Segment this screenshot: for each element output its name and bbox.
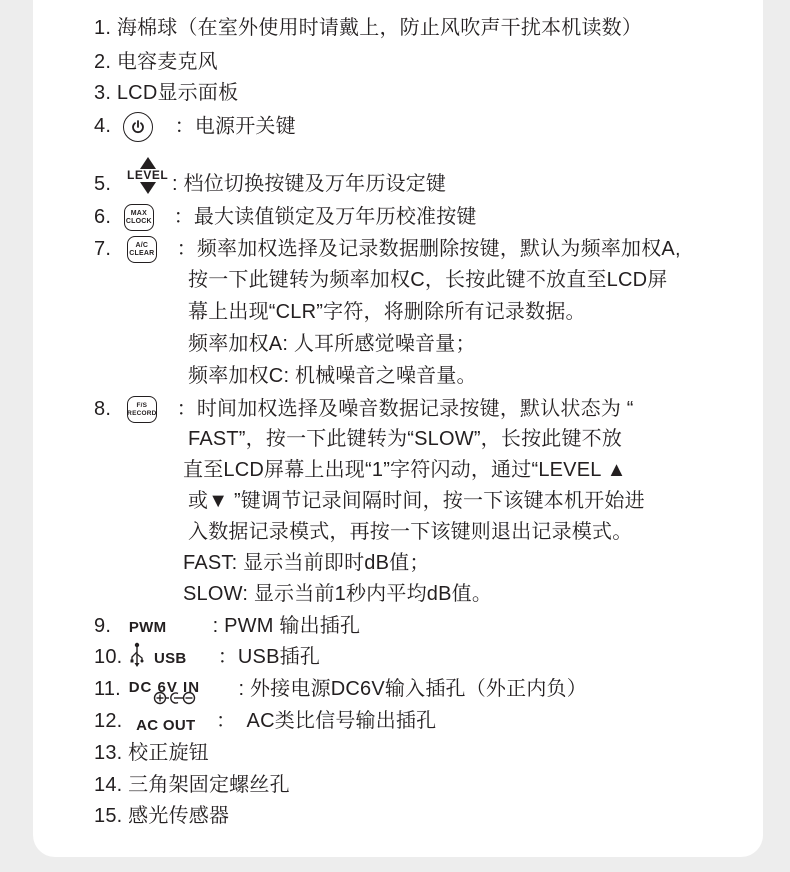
list-item-6: 6. MAX CLOCK ：最大读值锁定及万年历校准按键 (94, 204, 477, 231)
item-8-continuation: 入数据记录模式，再按一下该键则退出记录模式。 (188, 520, 632, 544)
item-text: ：USB插孔 (218, 646, 320, 668)
list-item-4: 4. ：电源开关键 (94, 112, 296, 142)
usb-icon (128, 646, 146, 670)
usb-port-label: USB (154, 647, 212, 671)
list-item-11: 11. DC 6V IN : 外接电源DC6V输入插孔（外正内负） (94, 677, 587, 702)
item-number: 5. (94, 172, 111, 196)
item-number: 9. (94, 614, 111, 638)
item-text: ：频率加权选择及记录数据删除按键，默认为频率加权A, (177, 238, 681, 260)
list-item-15: 15. 感光传感器 (94, 804, 229, 828)
item-number: 15. (94, 804, 122, 828)
item-number: 10. (94, 645, 122, 669)
max-clock-key-icon: MAX CLOCK (124, 204, 154, 231)
item-number: 14. (94, 773, 122, 797)
item-text: ：电源开关键 (175, 115, 296, 137)
item-text: 感光传感器 (128, 805, 229, 827)
item-text: : 外接电源DC6V输入插孔（外正内负） (238, 678, 586, 700)
item-number: 13. (94, 741, 122, 765)
item-text: ：时间加权选择及噪音数据记录按键，默认状态为 “ (177, 398, 634, 420)
item-8-continuation: FAST”，按一下此键转为“SLOW”，长按此键不放 (188, 427, 622, 451)
item-number: 12. (94, 709, 122, 733)
item-8-continuation: 或▼ ”键调节记录间隔时间，按一下该键本机开始进 (188, 489, 645, 513)
list-item-10: 10. USB ：USB插孔 (94, 645, 320, 671)
item-number: 7. (94, 237, 111, 261)
item-7-continuation: 频率加权C: 机械噪音之噪音量。 (188, 364, 477, 388)
item-text: LCD显示面板 (117, 82, 238, 104)
list-item-3: 3. LCD显示面板 (94, 81, 238, 105)
item-7-continuation: 按一下此键转为频率加权C，长按此键不放直至LCD屏 (188, 268, 667, 292)
item-number: 1. (94, 16, 111, 40)
item-text: : 档位切换按键及万年历设定键 (172, 172, 446, 196)
pwm-port-label: PWM (129, 616, 207, 640)
item-8-continuation: FAST: 显示当前即时dB值； (183, 551, 430, 575)
item-text: : PWM 输出插孔 (213, 615, 361, 637)
item-text: ：最大读值锁定及万年历校准按键 (174, 206, 477, 228)
item-text: 海棉球（在室外使用时请戴上，防止风吹声干扰本机读数） (117, 17, 642, 39)
item-7-continuation: 幕上出现“CLR”字符，将删除所有记录数据。 (188, 300, 586, 324)
item-8-continuation: SLOW: 显示当前1秒内平均dB值。 (183, 582, 492, 606)
list-item-7: 7. A/C CLEAR ：频率加权选择及记录数据删除按键，默认为频率加权A, (94, 236, 681, 263)
item-number: 2. (94, 50, 111, 74)
list-item-1: 1. 海棉球（在室外使用时请戴上，防止风吹声干扰本机读数） (94, 16, 642, 40)
list-item-9: 9. PWM : PWM 输出插孔 (94, 614, 360, 640)
item-text: 电容麦克风 (117, 51, 218, 73)
list-item-2: 2. 电容麦克风 (94, 50, 218, 74)
list-item-13: 13. 校正旋钮 (94, 741, 209, 765)
power-icon (123, 112, 153, 142)
fs-record-key-icon: F/S RECORD (127, 396, 157, 423)
item-7-continuation: 频率加权A: 人耳所感觉噪音量； (188, 332, 476, 356)
item-text: 校正旋钮 (128, 742, 209, 764)
list-item-8: 8. F/S RECORD ：时间加权选择及噪音数据记录按键，默认状态为 “ (94, 396, 634, 423)
item-number: 8. (94, 397, 111, 421)
list-item-14: 14. 三角架固定螺丝孔 (94, 773, 290, 797)
item-text: ： AC类比信号输出插孔 (216, 710, 436, 732)
item-number: 11. (94, 677, 121, 701)
polarity-symbol-icon (153, 691, 197, 705)
item-8-continuation: 直至LCD屏幕上出现“1”字符闪动，通过“LEVEL ▲ (183, 458, 627, 482)
item-number: 4. (94, 114, 111, 138)
triangle-down-icon (140, 182, 156, 194)
dc-polarity-icon: DC 6V IN (127, 678, 239, 702)
ac-out-port-label: AC OUT (136, 714, 210, 738)
instruction-card: 1. 海棉球（在室外使用时请戴上，防止风吹声干扰本机读数） 2. 电容麦克风 3… (33, 0, 763, 857)
list-item-12: 12. AC OUT ： AC类比信号输出插孔 (94, 709, 436, 735)
item-number: 6. (94, 205, 111, 229)
level-up-down-icon: LEVEL (127, 157, 168, 194)
ac-clear-key-icon: A/C CLEAR (127, 236, 157, 263)
item-number: 3. (94, 81, 111, 105)
item-text: 三角架固定螺丝孔 (128, 774, 290, 796)
